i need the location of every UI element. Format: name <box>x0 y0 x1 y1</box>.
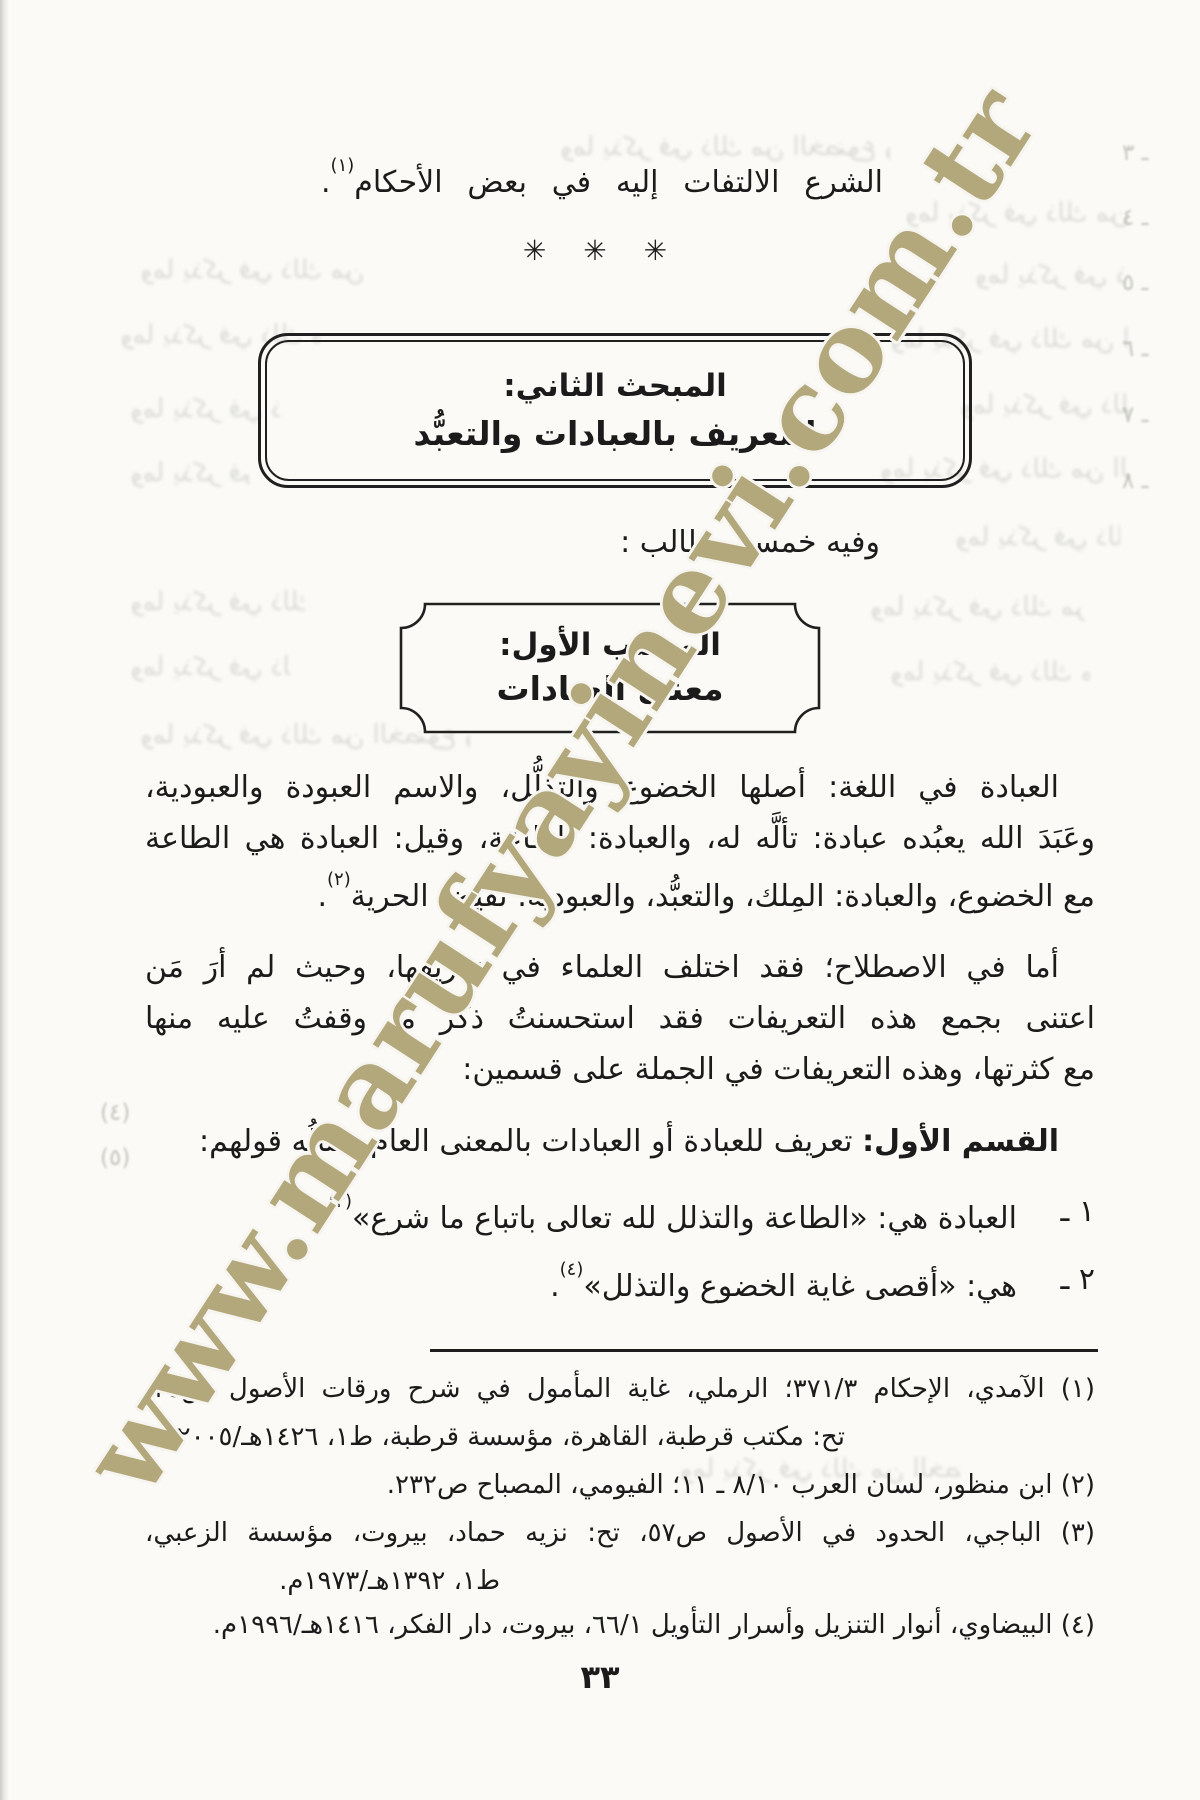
page-number: ٣٣ <box>0 1658 1200 1696</box>
bleedthrough-mark: ـ ٦ <box>1122 336 1148 362</box>
section-title-line1: المبحث الثاني: <box>503 366 727 406</box>
footnote-1-line1: (١) الآمدي، الإحكام ٣٧١/٣؛ الرملي، غاية … <box>145 1368 1095 1410</box>
bleedthrough-mark: (٤) <box>100 1100 130 1126</box>
body-line-p1l2: وعَبَدَ الله يعبُده عبادة: تألَّه له، وا… <box>145 815 1095 863</box>
bleedthrough-line: وما يذكر في ذلك من الخضوع والتذلل والطاع… <box>140 253 370 287</box>
bleedthrough-mark: ـ ٤ <box>1122 205 1148 231</box>
bleedthrough-line: وما يذكر في ذلك من الخضوع والتذلل والطاع… <box>975 258 1125 292</box>
p3-lead-bold: القسم الأول: <box>862 1124 1059 1159</box>
p1l3-tail: . <box>317 879 327 914</box>
footnote-3-line1: (٣) الباجي، الحدود في الأصول ص٥٧، تح: نز… <box>145 1512 1095 1554</box>
bleedthrough-line: وما يذكر في ذلك من الخضوع والتذلل والطاع… <box>130 585 305 619</box>
footnote-4: (٤) البيضاوي، أنوار التنزيل وأسرار التأو… <box>145 1604 1095 1646</box>
bleedthrough-mark: ـ ٥ <box>1122 270 1148 296</box>
carryover-line: الشرع الالتفات إليه في بعض الأحكام(١). <box>321 152 883 207</box>
bleedthrough-line: وما يذكر في ذلك من الخضوع والتذلل والطاع… <box>130 650 290 684</box>
footnote-separator <box>430 1349 1098 1352</box>
body-line-p2l2: اعتنى بجمع هذه التعريفات فقد استحسنتُ ذك… <box>145 995 1095 1043</box>
item2-quote: هي: «أقصى غاية الخضوع والتذلل» <box>583 1269 1017 1304</box>
bleedthrough-line: وما يذكر في ذلك من الخضوع والتذلل والطاع… <box>960 388 1130 422</box>
bleedthrough-mark: (٥) <box>100 1145 130 1171</box>
bleedthrough-line: وما يذكر في ذلك من الخضوع والتذلل والطاع… <box>870 590 1085 624</box>
scanned-book-page: وما يذكر في ذلك من الخضوع والتذلل والطاع… <box>0 0 1200 1800</box>
bleedthrough-line: وما يذكر في ذلك من الخضوع والتذلل والطاع… <box>890 655 1090 689</box>
body-line-p2l3: مع كثرتها، وهذه التعريفات في الجملة على … <box>145 1046 1095 1094</box>
bleedthrough-line: وما يذكر في ذلك من الخضوع والتذلل والطاع… <box>955 520 1120 554</box>
footnote-ref-2: (٢) <box>327 869 351 890</box>
bleedthrough-mark: ـ ٨ <box>1122 468 1148 494</box>
item1-quote: العبادة هي: «الطاعة والتذلل لله تعالى با… <box>352 1201 1017 1236</box>
body-line-p1l3: مع الخضوع، والعبادة: المِلك، والتعبُّد، … <box>145 866 1095 921</box>
carryover-text: الشرع الالتفات إليه في بعض الأحكام <box>354 165 883 200</box>
carryover-tail: . <box>321 165 331 200</box>
footnote-2: (٢) ابن منظور، لسان العرب ٨/١٠ ـ ١١؛ الف… <box>145 1464 1095 1506</box>
footnote-ref-1: (١) <box>331 155 355 176</box>
item2-text: هي: «أقصى غاية الخضوع والتذلل»(٤). <box>550 1256 1017 1311</box>
bleedthrough-mark: ـ ٣ <box>1122 140 1148 166</box>
item2-number: ٢ ـ <box>1017 1256 1095 1311</box>
asterisk-divider-ornament: ✳ ✳ ✳ <box>502 234 702 267</box>
item2-tail: . <box>550 1269 560 1304</box>
bleedthrough-line: وما يذكر في ذلك من الخضوع والتذلل والطاع… <box>130 456 250 490</box>
bleedthrough-mark: ـ ٧ <box>1122 402 1148 428</box>
body-line-p2l1: أما في الاصطلاح؛ فقد اختلف العلماء في تع… <box>145 944 1095 992</box>
footnote-3-line2: ط١، ١٣٩٢هـ/١٩٧٣م. <box>145 1560 500 1602</box>
footnote-ref-4: (٤) <box>560 1259 584 1280</box>
item1-number: ١ ـ <box>1017 1188 1095 1243</box>
item1-text: العبادة هي: «الطاعة والتذلل لله تعالى با… <box>319 1188 1017 1243</box>
footnote-1-line2: تح: مكتب قرطبة، القاهرة، مؤسسة قرطبة، ط١… <box>145 1416 845 1458</box>
